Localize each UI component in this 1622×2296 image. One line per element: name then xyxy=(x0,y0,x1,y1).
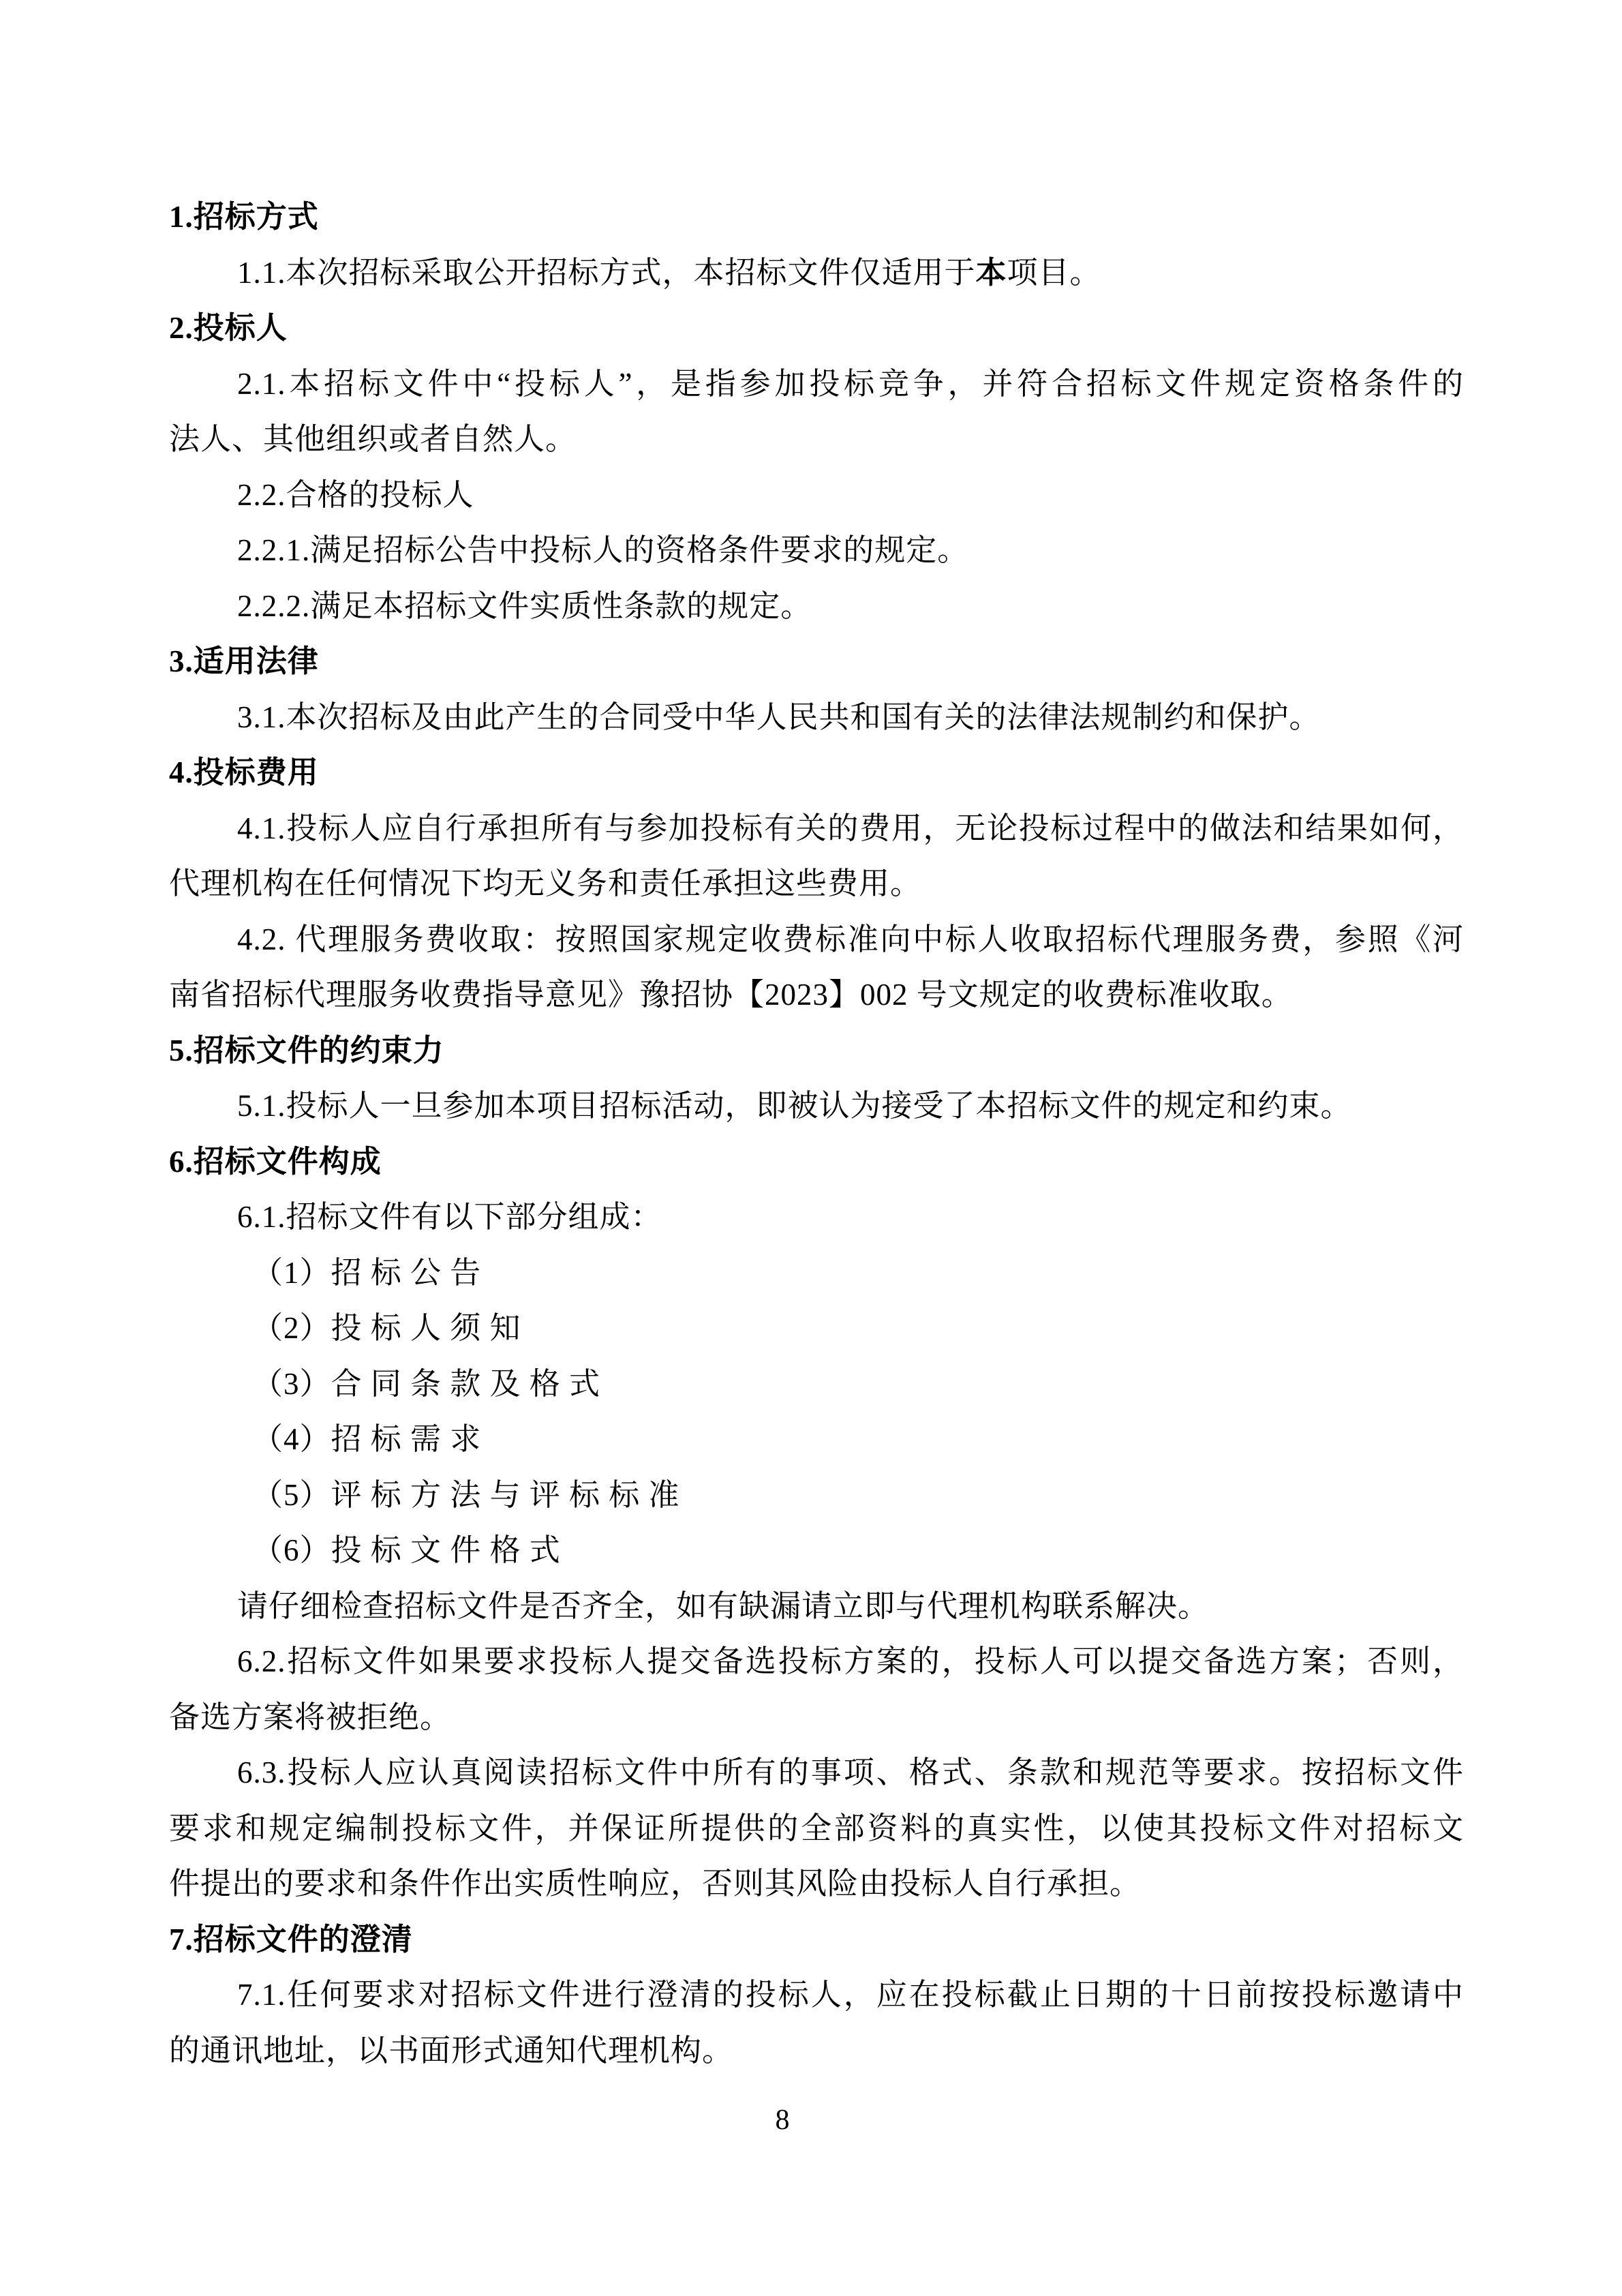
para-1-1-segment-bold: 本 xyxy=(976,256,1007,290)
para-3-1: 3.1.本次招标及由此产生的合同受中华人民共和国有关的法律法规制约和保护。 xyxy=(169,690,1464,746)
para-6-2-line-2: 备选方案将被拒绝。 xyxy=(169,1690,1464,1746)
para-7-1-line-2: 的通讯地址，以书面形式通知代理机构。 xyxy=(169,2023,1464,2079)
para-check-note: 请仔细检查招标文件是否齐全，如有缺漏请立即与代理机构联系解决。 xyxy=(169,1579,1464,1635)
list-item-5: （5）评 标 方 法 与 评 标 标 准 xyxy=(169,1468,1464,1524)
page-number: 8 xyxy=(135,2103,1430,2137)
list-item-4: （4）招 标 需 求 xyxy=(169,1412,1464,1468)
section-3-heading: 3.适用法律 xyxy=(169,634,1464,690)
para-7-1-line-1: 7.1.任何要求对招标文件进行澄清的投标人，应在投标截止日期的十日前按投标邀请中 xyxy=(169,1967,1464,2023)
para-6-2-line-1: 6.2.招标文件如果要求投标人提交备选投标方案的，投标人可以提交备选方案；否则， xyxy=(169,1634,1464,1690)
para-1-1-segment-normal: 1.1.本次招标采取公开招标方式，本招标文件仅适用于 xyxy=(237,256,976,290)
list-item-1: （1）招 标 公 告 xyxy=(169,1245,1464,1301)
para-6-3-line-1: 6.3.投标人应认真阅读招标文件中所有的事项、格式、条款和规范等要求。按招标文件 xyxy=(169,1745,1464,1801)
section-1-heading: 1.招标方式 xyxy=(169,190,1464,245)
para-4-1-line-2: 代理机构在任何情况下均无义务和责任承担这些费用。 xyxy=(169,856,1464,912)
section-2-heading: 2.投标人 xyxy=(169,301,1464,357)
list-item-2: （2）投 标 人 须 知 xyxy=(169,1301,1464,1357)
section-5-heading: 5.招标文件的约束力 xyxy=(169,1023,1464,1079)
para-2-2-2: 2.2.2.满足本招标文件实质性条款的规定。 xyxy=(169,579,1464,635)
para-6-3-line-3: 件提出的要求和条件作出实质性响应，否则其风险由投标人自行承担。 xyxy=(169,1856,1464,1912)
para-2-2-1: 2.2.1.满足招标公告中投标人的资格条件要求的规定。 xyxy=(169,523,1464,579)
section-7-heading: 7.招标文件的澄清 xyxy=(169,1912,1464,1968)
list-item-3: （3）合 同 条 款 及 格 式 xyxy=(169,1357,1464,1413)
section-6-heading: 6.招标文件构成 xyxy=(169,1134,1464,1190)
para-4-2-line-2: 南省招标代理服务收费指导意见》豫招协【2023】002 号文规定的收费标准收取。 xyxy=(169,967,1464,1023)
para-6-3-line-2: 要求和规定编制投标文件，并保证所提供的全部资料的真实性，以使其投标文件对招标文 xyxy=(169,1801,1464,1857)
para-4-1-line-1: 4.1.投标人应自行承担所有与参加投标有关的费用，无论投标过程中的做法和结果如何… xyxy=(169,801,1464,857)
para-6-1: 6.1.招标文件有以下部分组成： xyxy=(169,1190,1464,1245)
list-item-6: （6）投 标 文 件 格 式 xyxy=(169,1523,1464,1579)
para-1-1-segment-tail: 项目。 xyxy=(1007,256,1101,290)
para-5-1: 5.1.投标人一旦参加本项目招标活动，即被认为接受了本招标文件的规定和约束。 xyxy=(169,1078,1464,1134)
para-2-1-line-1: 2.1.本招标文件中“投标人”，是指参加投标竞争，并符合招标文件规定资格条件的 xyxy=(169,357,1464,412)
document-page: 1.招标方式 1.1.本次招标采取公开招标方式，本招标文件仅适用于本项目。 2.… xyxy=(0,0,1622,2296)
para-2-2: 2.2.合格的投标人 xyxy=(169,468,1464,524)
para-1-1: 1.1.本次招标采取公开招标方式，本招标文件仅适用于本项目。 xyxy=(169,245,1464,301)
section-4-heading: 4.投标费用 xyxy=(169,745,1464,801)
para-4-2-line-1: 4.2. 代理服务费收取：按照国家规定收费标准向中标人收取招标代理服务费，参照《… xyxy=(169,912,1464,968)
para-2-1-line-2: 法人、其他组织或者自然人。 xyxy=(169,412,1464,468)
